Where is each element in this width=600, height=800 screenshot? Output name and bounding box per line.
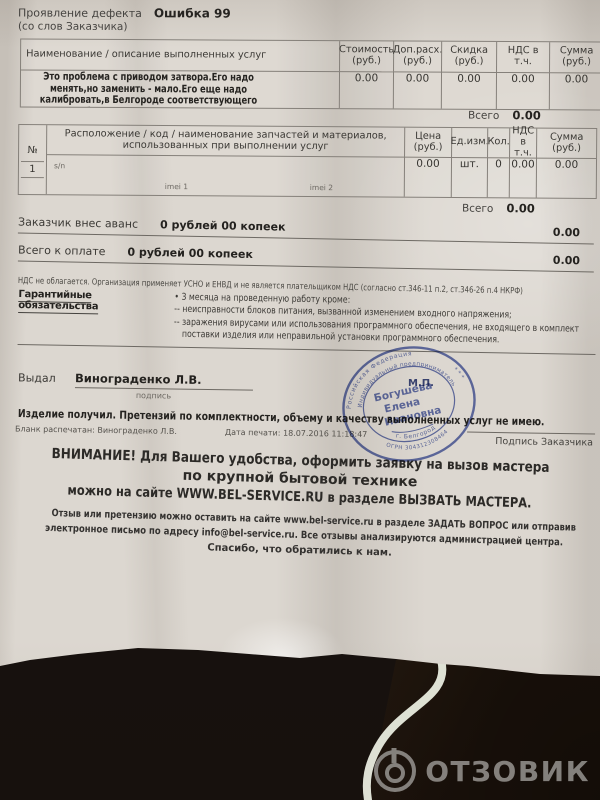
- parts-header-qty: Кол.: [487, 128, 509, 157]
- service-vat: 0.00: [496, 72, 549, 109]
- service-extra: 0.00: [393, 71, 441, 108]
- parts-row-num: 1: [21, 162, 44, 178]
- advance-value: 0 рублей 00 копеек: [160, 218, 286, 233]
- parts-header-name: Расположение / код / наименование запчас…: [46, 125, 404, 156]
- col-header-vat: НДС в т.ч.: [496, 42, 549, 72]
- parts-row-unit: шт.: [451, 157, 487, 197]
- defect-label: Проявление дефекта: [18, 6, 142, 20]
- customer-signature-label: Подпись Заказчика: [467, 432, 595, 449]
- service-description: Это проблема с приводом затвора.Его надо…: [23, 71, 274, 108]
- feedback-note: Отзыв или претензию можно оставить на са…: [0, 505, 600, 567]
- photo-scene: ОТЗОВИК Проявление дефекта Ошибка 99 (со…: [0, 0, 600, 800]
- service-description-cell: Это проблема с приводом затвора.Его надо…: [21, 69, 339, 108]
- printed-by: Бланк распечатан: Винограденко Л.В.: [15, 424, 177, 436]
- otzovik-watermark: ОТЗОВИК: [374, 750, 590, 792]
- parts-table: № 1 Расположение / код / наименование за…: [18, 124, 597, 199]
- parts-header-unit: Ед.изм.: [451, 128, 487, 157]
- signature-caption: подпись: [136, 391, 253, 402]
- parts-row-vat: 0.00: [509, 157, 536, 197]
- attention-notice: ВНИМАНИЕ! Для Вашего удобства, оформить …: [0, 444, 600, 515]
- issued-name: Винограденко Л.В.: [75, 371, 253, 390]
- issued-section: Выдал Винограденко Л.В. подпись: [18, 370, 253, 401]
- service-cost: 0.00: [339, 71, 393, 108]
- company-stamp: Российская Федерация * * * Индивидуальны…: [334, 340, 484, 468]
- col-header-sum: Сумма (руб.): [549, 42, 600, 72]
- advance-row: Заказчик внес аванс 0 рублей 00 копеек 0…: [18, 215, 594, 244]
- advance-amount: 0.00: [553, 226, 580, 240]
- parts-header-price: Цена (руб.): [404, 128, 451, 157]
- payment-total-row: Всего к оплате 0 рублей 00 копеек 0.00: [18, 243, 594, 272]
- service-discount: 0.00: [441, 72, 496, 109]
- otzovik-logo-text: ОТЗОВИК: [425, 755, 590, 788]
- defect-subtext: (со слов Заказчика): [18, 20, 231, 33]
- print-meta-row: Бланк распечатан: Винограденко Л.В. Дата…: [15, 424, 595, 448]
- services-total-value: 0.00: [512, 108, 541, 122]
- warranty-title: Гарантийные обязательства: [18, 289, 171, 341]
- parts-num-column: № 1: [19, 125, 46, 194]
- defect-header: Проявление дефекта Ошибка 99 (со слов За…: [18, 5, 231, 33]
- services-total: Всего 0.00: [468, 107, 541, 122]
- services-table: Наименование / описание выполненных услу…: [20, 38, 600, 110]
- payment-total-amount: 0.00: [553, 254, 580, 268]
- parts-header-vat: НДС в т.ч.: [509, 128, 536, 157]
- imei1-label: imei 1: [165, 183, 188, 192]
- defect-value: Ошибка 99: [154, 6, 231, 20]
- logo-dot: [385, 763, 405, 783]
- parts-row-price: 0.00: [404, 157, 451, 197]
- payment-total-label: Всего к оплате: [18, 243, 106, 258]
- parts-total-value: 0.00: [506, 201, 535, 215]
- stamp-stars: * * *: [451, 365, 466, 382]
- warranty-section: Гарантийные обязательства • 3 месяца на …: [18, 289, 597, 355]
- parts-num-header: №: [21, 141, 44, 162]
- imei2-label: imei 2: [310, 184, 333, 193]
- otzovik-logo-icon: [374, 750, 416, 792]
- col-header-name: Наименование / описание выполненных услу…: [21, 39, 339, 71]
- col-header-extra: Доп.расх. (руб.): [393, 41, 441, 71]
- parts-total-label: Всего: [462, 202, 494, 214]
- parts-header-sum: Сумма (руб.): [536, 129, 596, 158]
- logo-stem: [391, 748, 396, 763]
- parts-row-description-cell: s/n imei 1 imei 2: [46, 154, 404, 196]
- parts-total: Всего 0.00: [462, 200, 535, 215]
- col-header-discount: Скидка (руб.): [441, 42, 496, 72]
- issued-label: Выдал: [18, 371, 75, 385]
- parts-row-sum: 0.00: [536, 158, 596, 198]
- services-total-label: Всего: [468, 109, 500, 121]
- col-header-cost: Стоимость (руб.): [339, 41, 393, 71]
- advance-label: Заказчик внес аванс: [18, 215, 138, 230]
- payment-total-value: 0 рублей 00 копеек: [127, 246, 253, 261]
- service-sum: 0.00: [549, 72, 600, 109]
- parts-row-qty: 0: [487, 157, 509, 197]
- serial-number-label: s/n: [54, 162, 65, 170]
